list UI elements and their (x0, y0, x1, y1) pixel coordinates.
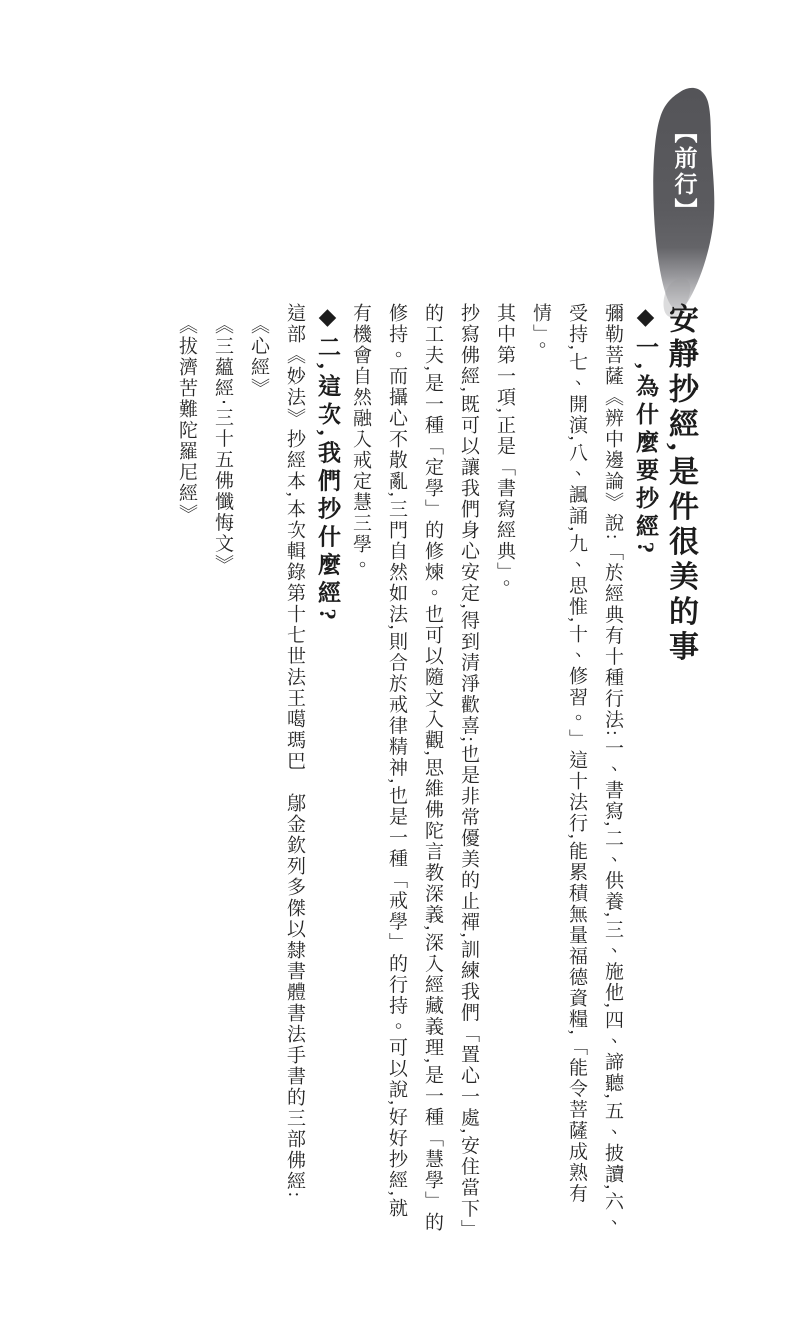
sutra-list-item: 《三蘊經‧三十五佛懺悔文》 (204, 303, 240, 1238)
paragraph-three-trainings: 抄寫佛經,既可以讓我們身心安定,得到清淨歡喜;也是非常優美的止禪,訓練我們「置心… (342, 303, 486, 1238)
book-page: 【前行】 安靜抄經,是件很美的事 ◆一,為什麼要抄經? 彌勒菩薩《辨中邊論》說:… (0, 0, 800, 1342)
article: 安靜抄經,是件很美的事 ◆一,為什麼要抄經? 彌勒菩薩《辨中邊論》說:「於經典有… (168, 303, 700, 1238)
section-2-heading: ◆二,這次,我們抄什麼經? (312, 303, 342, 1238)
paragraph-first-item: 其中第一項,正是「書寫經典」。 (486, 303, 522, 1238)
sutra-list: 《心經》 《三蘊經‧三十五佛懺悔文》 《拔濟苦難陀羅尼經》 (168, 303, 276, 1238)
preface-stamp: 【前行】 (646, 84, 726, 319)
stamp-label: 【前行】 (673, 120, 696, 224)
section-1-heading: ◆一,為什麼要抄經? (630, 303, 660, 1238)
paragraph-ten-dharma-practices: 彌勒菩薩《辨中邊論》說:「於經典有十種行法:一、書寫,二、供養,三、施他,四、諦… (522, 303, 630, 1238)
page-title: 安靜抄經,是件很美的事 (660, 303, 700, 1238)
sutra-list-item: 《拔濟苦難陀羅尼經》 (168, 303, 204, 1238)
sutra-list-item: 《心經》 (240, 303, 276, 1238)
paragraph-copybook-intro: 這部《妙法》抄經本,本次輯錄第十七世法王噶瑪巴 鄔金欽列多傑以隸書體書法手書的三… (276, 303, 312, 1238)
